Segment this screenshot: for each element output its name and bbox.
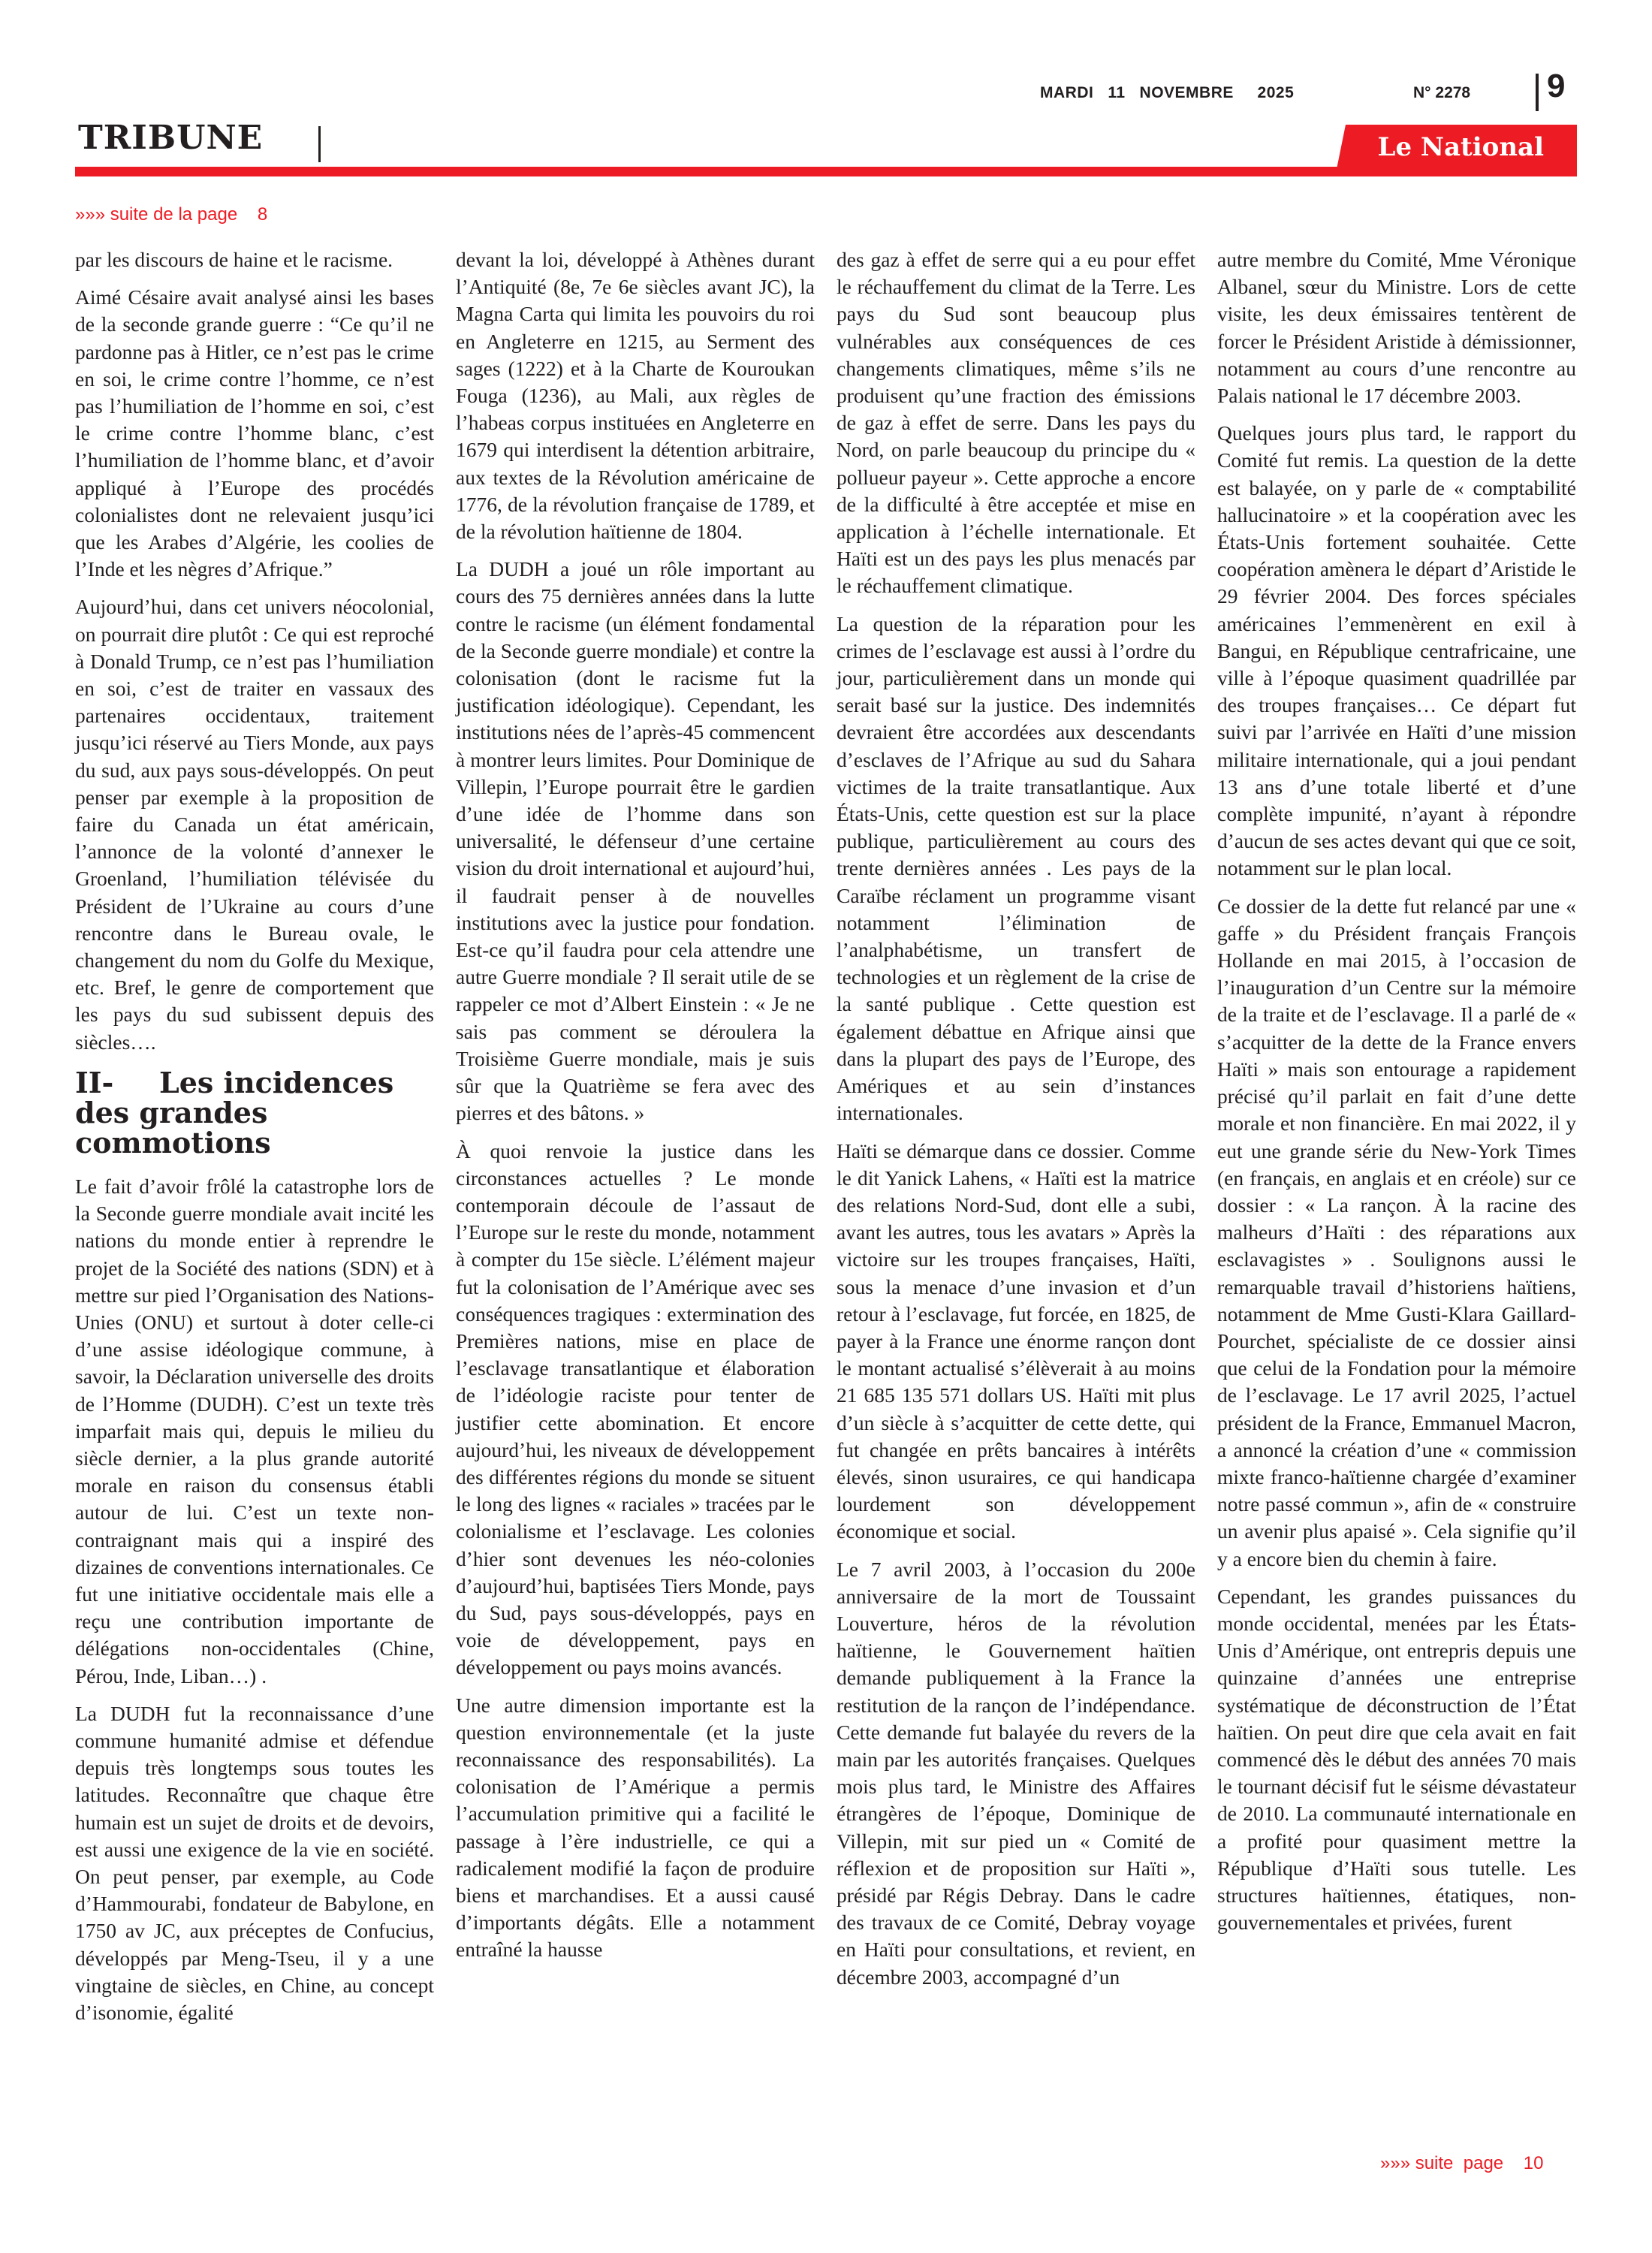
issue-number: N° 2278 [1413, 84, 1470, 102]
paragraph: Une autre dimension importante est la qu… [456, 1692, 815, 1964]
paragraph: par les discours de haine et le racisme. [75, 246, 434, 273]
continued-from-link[interactable]: »»» suite de la page 8 [75, 204, 267, 225]
paragraph: Le fait d’avoir frôlé la catastrophe lor… [75, 1173, 434, 1690]
paragraph: Aujourd’hui, dans cet univers néocolonia… [75, 593, 434, 1055]
paragraph: autre membre du Comité, Mme Véronique Al… [1217, 246, 1576, 409]
paragraph: Quelques jours plus tard, le rapport du … [1217, 420, 1576, 882]
issue-date: MARDI 11 NOVEMBRE 2025 [1040, 84, 1294, 102]
page-number: 9 [1547, 68, 1565, 105]
section-divider [318, 126, 321, 162]
section-heading: II-Les incidences des grandes commotions [75, 1068, 434, 1158]
section-title: TRIBUNE [78, 119, 263, 157]
article-column-3: des gaz à effet de serre qui a eu pour e… [837, 246, 1195, 2001]
article-column-4: autre membre du Comité, Mme Véronique Al… [1217, 246, 1576, 1947]
paragraph: La question de la réparation pour les cr… [837, 611, 1195, 1127]
article-column-1: par les discours de haine et le racisme.… [75, 246, 434, 2037]
brand-logo: Le National [1378, 132, 1544, 162]
brand-banner: Le National [1335, 125, 1577, 176]
article-column-2: devant la loi, développé à Athènes duran… [456, 246, 815, 1974]
paragraph: Le 7 avril 2003, à l’occasion du 200e an… [837, 1556, 1195, 1991]
continued-on-link[interactable]: »»» suite page 10 [1380, 2153, 1544, 2174]
paragraph: Haïti se démarque dans ce dossier. Comme… [837, 1138, 1195, 1546]
paragraph: Cependant, les grandes puissances du mon… [1217, 1583, 1576, 1937]
paragraph: des gaz à effet de serre qui a eu pour e… [837, 246, 1195, 600]
paragraph: À quoi renvoie la justice dans les circo… [456, 1138, 815, 1681]
section-heading-number: II- [75, 1068, 159, 1098]
paragraph: devant la loi, développé à Athènes duran… [456, 246, 815, 545]
paragraph: La DUDH fut la reconnaissance d’une comm… [75, 1700, 434, 2026]
page-number-divider [1536, 74, 1539, 111]
paragraph: Aimé Césaire avait analysé ainsi les bas… [75, 284, 434, 583]
paragraph: Ce dossier de la dette fut relancé par u… [1217, 893, 1576, 1573]
paragraph: La DUDH a joué un rôle important au cour… [456, 556, 815, 1126]
